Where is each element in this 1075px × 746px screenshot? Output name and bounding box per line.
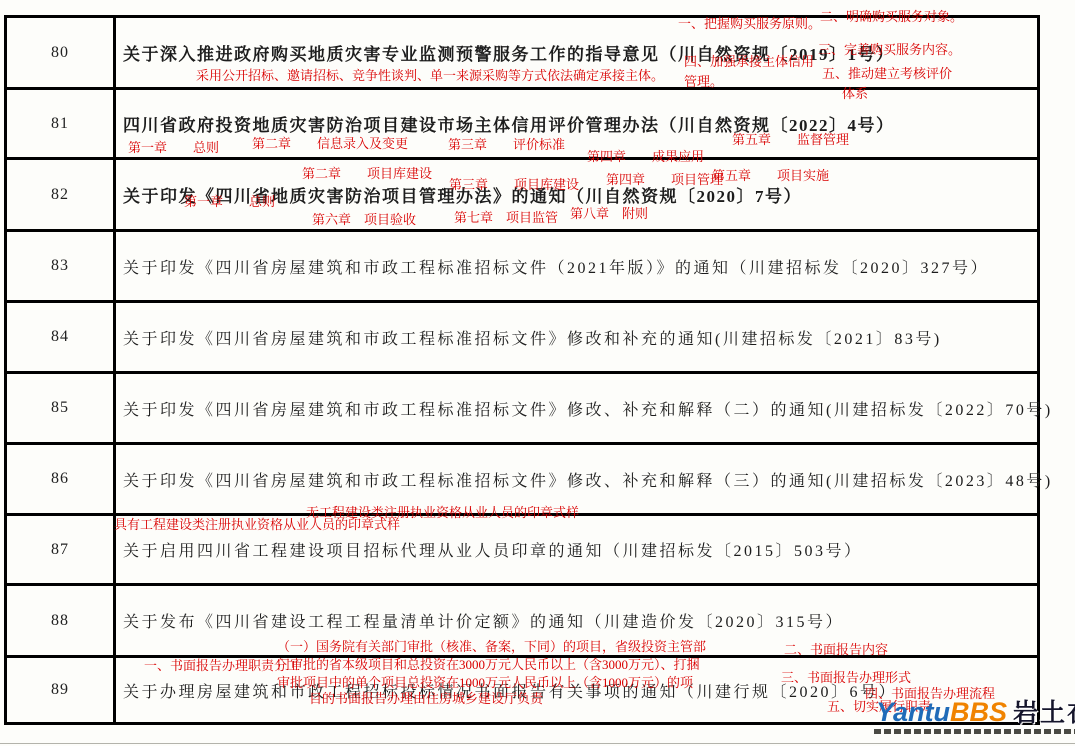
row-number-cell: 84 [7, 303, 116, 371]
annotation-text: 第五章 监督管理 [732, 132, 849, 148]
row-title-cell: 关于印发《四川省房屋建筑和市政工程标准招标文件》修改、补充和解释（三）的通知(川… [116, 445, 1057, 513]
row-title-cell: 关于印发《四川省房屋建筑和市政工程标准招标文件》修改和补充的通知(川建招标发〔2… [116, 303, 1037, 371]
annotation-text: 四、加强承接主体信用 [684, 54, 814, 70]
annotation-text: 三、完善购买服务内容。 [818, 42, 961, 58]
page-bottom-divider [0, 743, 1075, 744]
annotation-text: 第五章 项目实施 [712, 168, 829, 184]
annotation-text: 第三章 评价标准 [448, 137, 565, 153]
annotation-text: 门审批的省本级项目和总投资在3000万元人民币以上（含3000万元）、打捆 [277, 657, 700, 673]
annotation-text: 具有工程建设类注册执业资格从业人员的印章式样 [114, 517, 400, 533]
table-row: 85关于印发《四川省房屋建筑和市政工程标准招标文件》修改、补充和解释（二）的通知… [7, 374, 1037, 445]
annotation-text: 第八章 附则 [570, 206, 648, 222]
watermark: YantuBBS岩土在线 [876, 699, 1075, 726]
annotation-text: 第二章 信息录入及变更 [252, 136, 408, 152]
row-number-cell: 81 [7, 90, 116, 157]
row-number-cell: 85 [7, 374, 116, 442]
annotation-text: 第二章 项目库建设 [302, 166, 432, 182]
annotation-text: 管理。 [684, 74, 723, 90]
annotation-text: （一）国务院有关部门审批（核准、备案，下同）的项目，省级投资主管部 [277, 639, 706, 655]
annotation-text: 第一章 总则 [128, 140, 219, 156]
annotation-text: 二、书面报告内容 [784, 642, 888, 658]
regulations-table: 80关于深入推进政府购买地质灾害专业监测预警服务工作的指导意见（川自然资规〔20… [4, 15, 1040, 725]
annotation-text: 第七章 项目监管 [454, 210, 558, 226]
row-number-cell: 86 [7, 445, 116, 513]
row-number-cell: 89 [7, 658, 116, 722]
annotation-text: 审批项目中的单个项目总投资在1000万元人民币以上（含1000万元）的项 [277, 675, 693, 691]
table-row: 83关于印发《四川省房屋建筑和市政工程标准招标文件（2021年版）》的通知（川建… [7, 232, 1037, 303]
annotation-text: 第四章 项目管理 [606, 172, 723, 188]
annotation-text: 第三章 项目库建设 [449, 177, 579, 193]
watermark-cn: 岩土在线 [1013, 699, 1075, 727]
annotation-text: 目的书面报告办理由住房城乡建设厅负责 [309, 691, 543, 707]
annotation-text: 体系 [842, 86, 868, 102]
row-title-cell: 关于印发《四川省房屋建筑和市政工程标准招标文件》修改、补充和解释（二）的通知(川… [116, 374, 1057, 442]
row-number-cell: 83 [7, 232, 116, 300]
annotation-text: 第六章 项目验收 [312, 212, 416, 228]
annotation-text: 采用公开招标、邀请招标、竞争性谈判、单一来源采购等方式依法确定承接主体。 [196, 68, 664, 84]
watermark-bbs: BBS [950, 697, 1007, 727]
row-number-cell: 82 [7, 160, 116, 229]
table-row: 84关于印发《四川省房屋建筑和市政工程标准招标文件》修改和补充的通知(川建招标发… [7, 303, 1037, 374]
row-title-cell: 关于印发《四川省房屋建筑和市政工程标准招标文件（2021年版）》的通知（川建招标… [116, 232, 1037, 300]
annotation-text: 第一章 总则 [184, 194, 275, 210]
row-number-cell: 80 [7, 18, 116, 87]
watermark-subtext-smudge [874, 729, 1075, 734]
row-number-cell: 88 [7, 586, 116, 655]
annotation-text: 二、明确购买服务对象。 [820, 9, 963, 25]
row-number-cell: 87 [7, 516, 116, 583]
annotation-text: 五、推动建立考核评价 [822, 66, 952, 82]
annotation-text: 第四章 成果应用 [587, 149, 704, 165]
watermark-yantu: Yantu [876, 697, 950, 727]
annotation-text: 一、把握购买服务原则。 [678, 16, 821, 32]
annotation-text: 三、书面报告办理形式 [781, 670, 911, 686]
